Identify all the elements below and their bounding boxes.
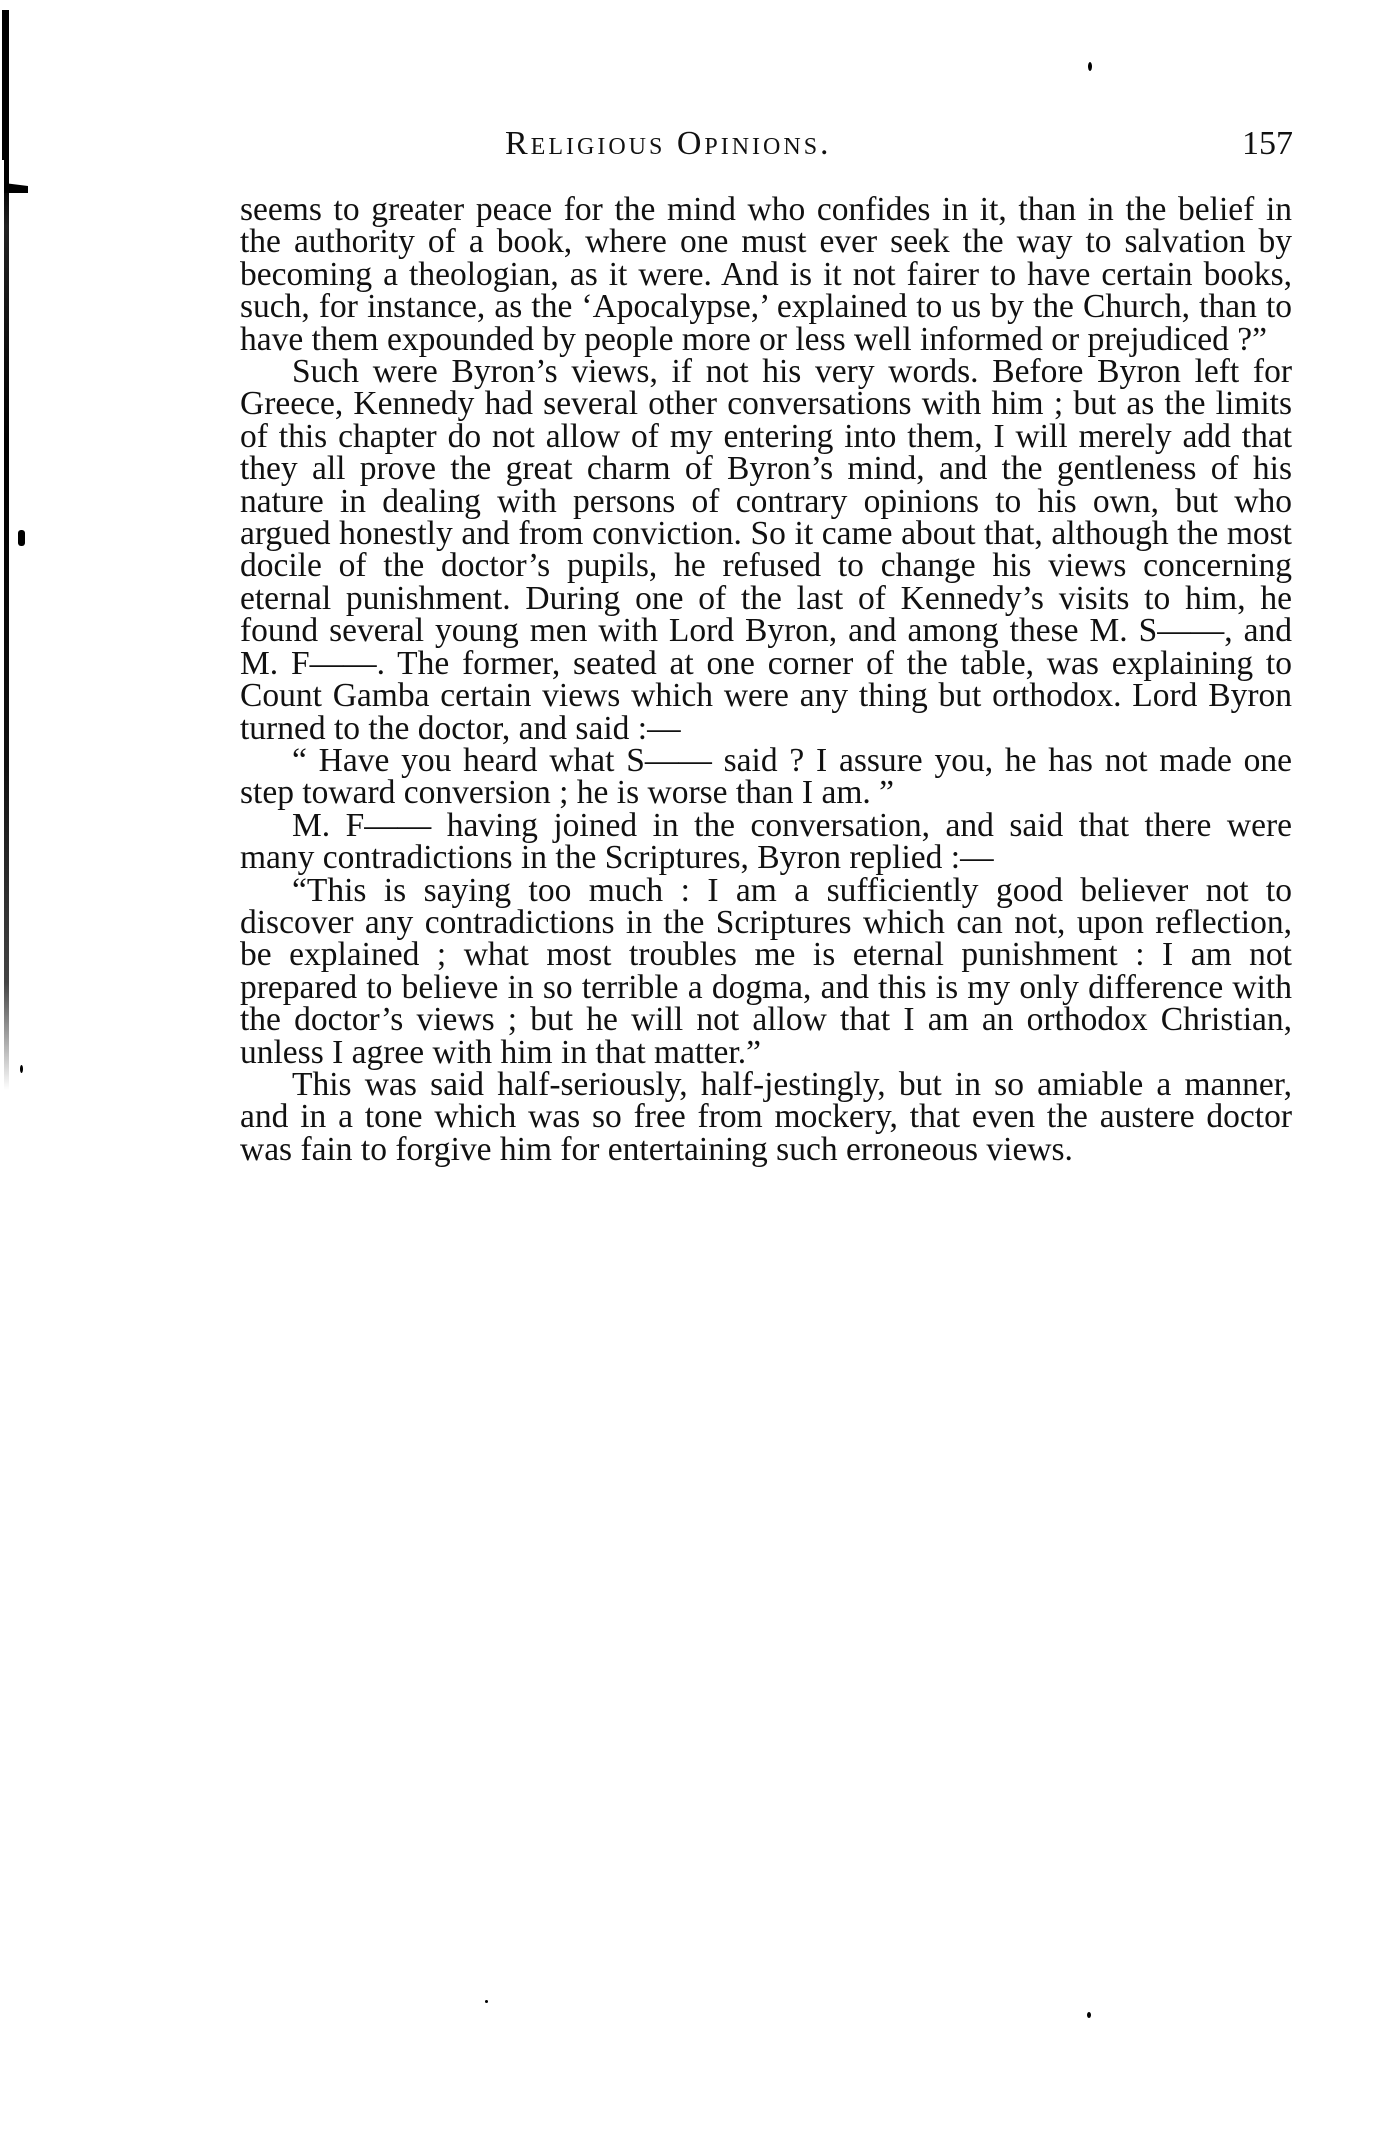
paragraph: “This is saying too much : I am a suffic… <box>240 875 1292 1069</box>
running-head: Religious Opinions. 157 <box>0 122 1391 166</box>
paragraph: seems to greater peace for the mind who … <box>240 194 1292 356</box>
paragraph: Such were Byron’s views, if not his very… <box>240 356 1292 745</box>
paragraph: M. F—— having joined in the conversation… <box>240 810 1292 875</box>
paragraph: This was said half-seriously, half-jesti… <box>240 1069 1292 1166</box>
page-number: 157 <box>1242 122 1293 166</box>
scan-speck <box>485 2000 488 2003</box>
body-text: seems to greater peace for the mind who … <box>240 194 1292 1166</box>
paragraph: “ Have you heard what S—— said ? I assur… <box>240 745 1292 810</box>
scan-speck <box>1087 2012 1091 2018</box>
scan-artifact <box>4 183 28 193</box>
scan-speck <box>20 1065 23 1073</box>
running-head-title: Religious Opinions. <box>505 122 832 166</box>
scan-artifact <box>18 530 25 546</box>
scan-binding-edge <box>4 10 9 1090</box>
scan-speck <box>1088 62 1092 71</box>
